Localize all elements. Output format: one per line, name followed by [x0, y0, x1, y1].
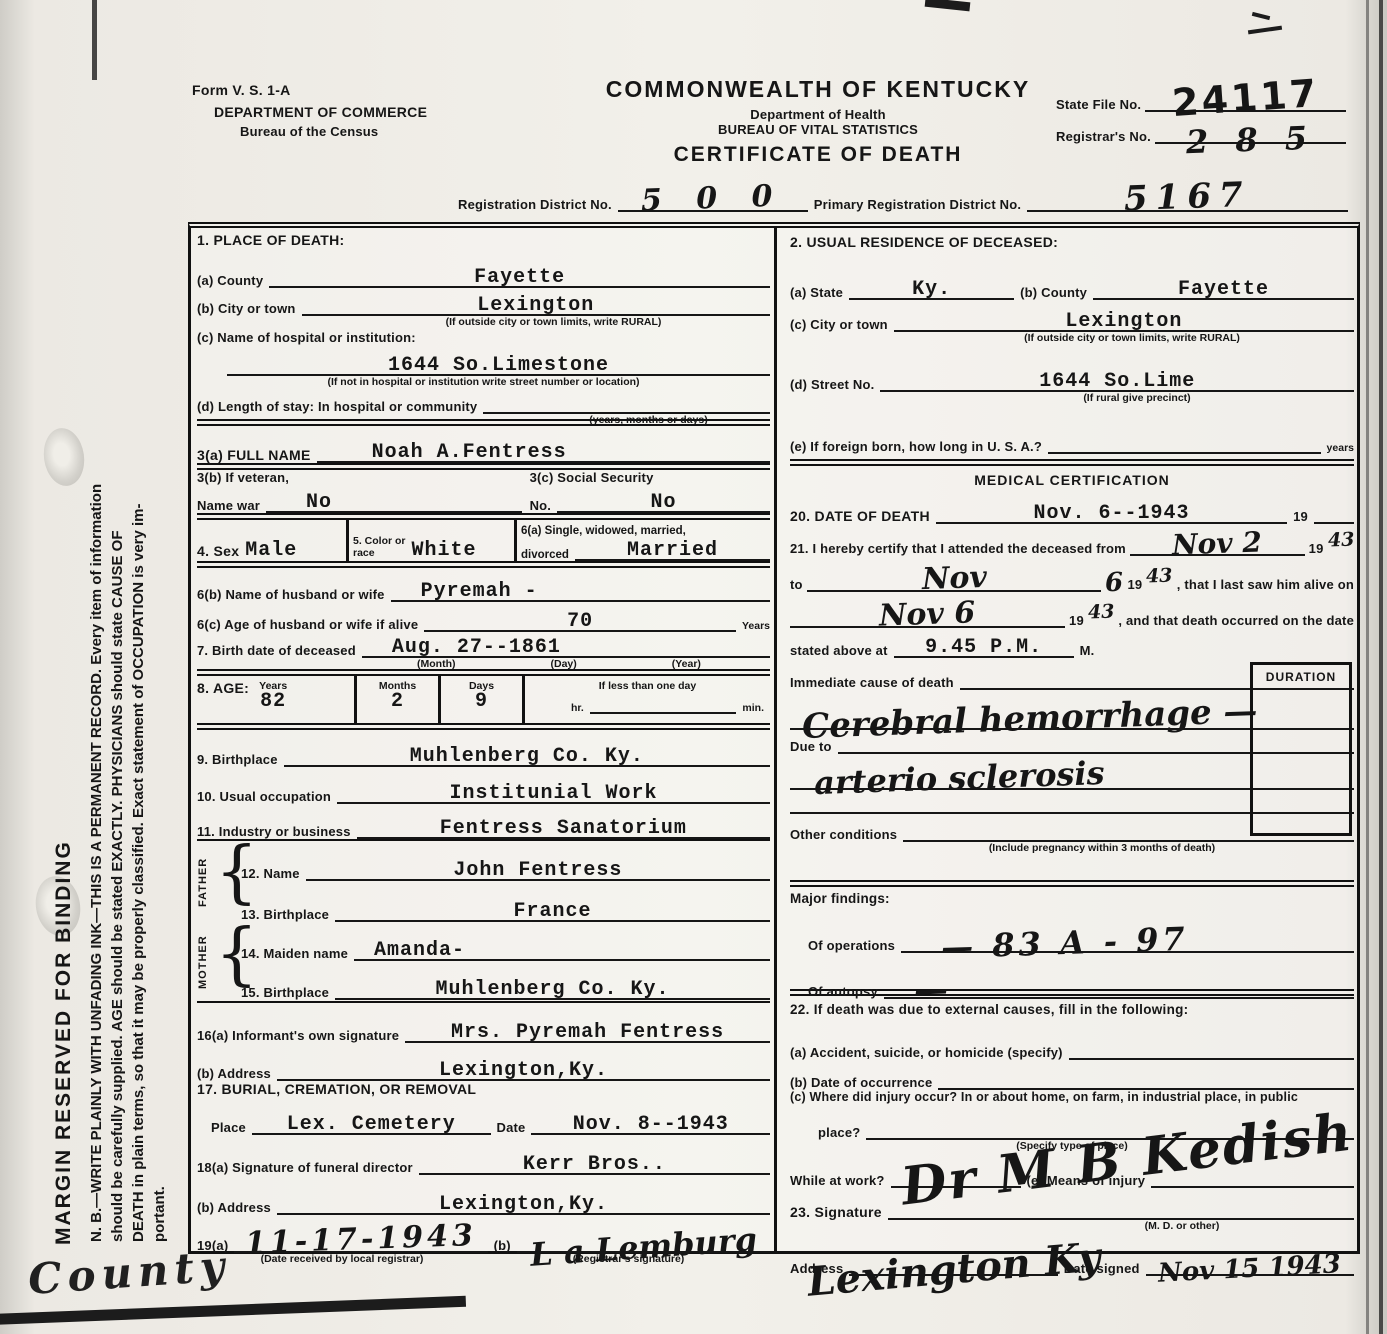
duration-box: DURATION [1250, 662, 1352, 836]
s8-hr-label: hr. [571, 702, 584, 714]
s7-value: Aug. 27--1861 [392, 638, 561, 658]
s8-label: 8. AGE: [197, 680, 249, 696]
s16b-label: (b) Address [197, 1066, 271, 1081]
s21-to-value: Nov [921, 563, 987, 595]
s4-value: Male [245, 541, 297, 561]
primary-district-value: 5167 [1124, 178, 1252, 216]
scan-mark-top-right-2 [1252, 12, 1270, 20]
scan-edge-right-1 [1379, 0, 1383, 1334]
section-3b-3c: 3(b) If veteran, Name war No 3(c) Social… [197, 470, 770, 520]
s8-less-label: If less than one day [599, 680, 696, 692]
s7-sub-month: (Month) [417, 658, 455, 672]
s20-label: 20. DATE OF DEATH [790, 508, 930, 524]
scan-mark-top-right-1 [1248, 26, 1282, 35]
section-17-burial: 17. BURIAL, CREMATION, OR REMOVAL Place … [197, 1081, 770, 1137]
s6c-label: 6(c) Age of husband or wife if alive [197, 617, 418, 632]
s2b-value: Fayette [1178, 280, 1269, 300]
margin-note-line-1: N. B.—WRITE PLAINLY WITH UNFADING INK—TH… [88, 82, 105, 1242]
margin-note-line-2: should be carefully supplied. AGE should… [109, 82, 126, 1242]
s2b-label: (b) County [1020, 285, 1087, 300]
bureau-census: Bureau of the Census [240, 124, 427, 139]
s6a-value: Married [627, 541, 718, 561]
s21-stated-label: stated above at [790, 643, 888, 658]
medical-certification-title: MEDICAL CERTIFICATION [790, 466, 1354, 494]
s13-value: France [514, 902, 592, 922]
major-findings-block: Major findings: Of operations — 83 A - 9… [790, 880, 1354, 996]
s23-address-value: Lexington Ky [805, 1237, 1101, 1302]
s12-label: 12. Name [241, 866, 300, 881]
section-21-line1: 21. I hereby certify that I attended the… [790, 524, 1354, 556]
section-21-line3: Nov 6 1943 , and that death occurred on … [790, 592, 1354, 628]
s10-label: 10. Usual occupation [197, 789, 331, 804]
section-1-place-of-death: 1. PLACE OF DEATH: (a) County Fayette (b… [197, 228, 770, 426]
s3a-value: Noah A.Fentress [372, 443, 567, 463]
s2d-label: (d) Street No. [790, 377, 874, 392]
s3c-value: No [651, 493, 677, 513]
other-conditions-label: Other conditions [790, 827, 897, 842]
s3c-label2: No. [530, 498, 552, 513]
operations-value: — 83 A - 97 [941, 923, 1190, 964]
s16a-value: Mrs. Pyremah Fentress [451, 1023, 724, 1043]
s2c-label: (c) City or town [790, 317, 888, 332]
s1d-label: (d) Length of stay: In hospital or commu… [197, 399, 477, 414]
s5-label2: race [353, 547, 406, 559]
s3c-label1: 3(c) Social Security [530, 470, 770, 488]
s21-to-year-printed: 19 [1127, 577, 1142, 592]
section-21-line2: to Nov 6 1943 , that I last saw him aliv… [790, 556, 1354, 592]
form-number: Form V. S. 1-A [192, 82, 427, 98]
s7-sub-day: (Day) [550, 658, 576, 672]
s21-line2-text: , that I last saw him alive on [1177, 577, 1354, 592]
s6b-label: 6(b) Name of husband or wife [197, 587, 385, 602]
s21-from-year-printed: 19 [1309, 541, 1324, 556]
autopsy-value: — [913, 972, 948, 1007]
s21-alive-value: Nov 6 [879, 598, 976, 631]
s8-years-value: 82 [260, 692, 286, 712]
s7-sub-year: (Year) [672, 658, 701, 672]
commonwealth-title: COMMONWEALTH OF KENTUCKY [538, 76, 1098, 103]
s1b-label: (b) City or town [197, 301, 296, 316]
s1b-value: Lexington [477, 296, 594, 316]
s16a-label: 16(a) Informant's own signature [197, 1028, 399, 1043]
s21-alive-year-printed: 19 [1069, 613, 1084, 628]
dept-commerce: DEPARTMENT OF COMMERCE [214, 104, 427, 120]
s21-from-year-hw: 43 [1327, 531, 1354, 551]
section-4-5-6a: 4. Sex Male 5. Color or race White 6(a) … [197, 520, 770, 568]
section-6b-6c-7: 6(b) Name of husband or wife Pyremah - 6… [197, 568, 770, 676]
father-block: FATHER { 12. Name John Fentress 13. Birt… [197, 841, 770, 923]
section-18b: (b) Address Lexington,Ky. [197, 1175, 770, 1215]
s23-label: 23. Signature [790, 1204, 882, 1220]
s2c-value: Lexington [1065, 312, 1182, 332]
s19a-value: 11-17-1943 [245, 1221, 478, 1259]
registrar-no-value: 2 8 5 [1185, 122, 1315, 158]
section-2-residence: 2. USUAL RESIDENCE OF DECEASED: (a) Stat… [790, 228, 1354, 466]
s5-value: White [412, 541, 477, 561]
s17-title: 17. BURIAL, CREMATION, OR REMOVAL [197, 1081, 770, 1101]
right-column: 2. USUAL RESIDENCE OF DECEASED: (a) Stat… [780, 228, 1360, 1251]
s5-label1: 5. Color or [353, 535, 406, 547]
s2e-suffix: years [1327, 442, 1354, 454]
s18a-value: Kerr Bros.. [523, 1155, 666, 1175]
mother-side-label: MOTHER [197, 923, 215, 1001]
s6b-value: Pyremah - [421, 582, 538, 602]
s20-value: Nov. 6--1943 [1034, 504, 1190, 524]
s10-value: Institunial Work [450, 784, 658, 804]
s17-date-value: Nov. 8--1943 [573, 1115, 729, 1135]
s21-line1-text: 21. I hereby certify that I attended the… [790, 541, 1126, 556]
bureau-vital-statistics: BUREAU OF VITAL STATISTICS [538, 122, 1098, 137]
s7-label: 7. Birth date of deceased [197, 643, 356, 658]
s22b-label: (b) Date of occurrence [790, 1075, 932, 1090]
s3a-label: 3(a) FULL NAME [197, 447, 311, 463]
mother-brace: { [215, 921, 241, 1001]
s15-label: 15. Birthplace [241, 985, 329, 1000]
s1b-note: (If outside city or town limits, write R… [197, 316, 770, 330]
s18b-label: (b) Address [197, 1200, 271, 1215]
cause-label: Immediate cause of death [790, 675, 954, 690]
state-file-stamp: 24117 [1171, 71, 1321, 125]
other-conditions-note: (Include pregnancy within 3 months of de… [790, 842, 1354, 860]
registration-district-value: 5 0 0 [641, 182, 785, 217]
s3b-label2: Name war [197, 498, 260, 513]
s2-title: 2. USUAL RESIDENCE OF DECEASED: [790, 234, 1354, 262]
s21-to-year-hw: 43 [1146, 567, 1173, 587]
mother-block: MOTHER { 14. Maiden name Amanda- 15. Bir… [197, 923, 770, 1003]
s1a-label: (a) County [197, 273, 263, 288]
s21-alive-year-hw: 43 [1088, 603, 1115, 623]
margin-note-line-4: portant. [151, 1150, 168, 1242]
s1c-note: (If not in hospital or institution write… [197, 376, 770, 390]
registrar-no-label: Registrar's No. [1056, 129, 1151, 144]
scan-edge-right-2 [1366, 0, 1369, 1334]
s21-line3-text: , and that death occurred on the date [1118, 613, 1354, 628]
s19b-label: (b) [494, 1238, 511, 1253]
s20-suffix: 19 [1293, 509, 1308, 524]
s17-place-value: Lex. Cemetery [287, 1115, 456, 1135]
left-column: 1. PLACE OF DEATH: (a) County Fayette (b… [191, 228, 777, 1251]
primary-district-label: Primary Registration District No. [814, 197, 1021, 212]
operations-label: Of operations [808, 938, 895, 953]
s11-value: Fentress Sanatorium [440, 819, 687, 839]
s2a-label: (a) State [790, 285, 843, 300]
state-file-label: State File No. [1056, 97, 1141, 112]
section-10: 10. Usual occupation Institunial Work [197, 767, 770, 804]
s22-title: 22. If death was due to external causes,… [790, 1002, 1354, 1030]
father-brace: { [215, 839, 241, 923]
dept-health: Department of Health [538, 107, 1098, 122]
scanned-death-certificate: MARGIN RESERVED FOR BINDING N. B.—WRITE … [0, 0, 1387, 1334]
s1c-label: (c) Name of hospital or institution: [197, 330, 770, 350]
s1c-value: 1644 So.Limestone [388, 356, 609, 376]
s6c-value: 70 [567, 612, 593, 632]
scan-left-edge [92, 0, 97, 80]
s1-title: 1. PLACE OF DEATH: [197, 232, 770, 256]
section-9: 9. Birthplace Muhlenberg Co. Ky. [197, 730, 770, 767]
s8-min-label: min. [742, 702, 764, 714]
duration-label: DURATION [1266, 670, 1336, 684]
s21-from-value: Nov 2 [1172, 528, 1263, 559]
s9-value: Muhlenberg Co. Ky. [410, 747, 644, 767]
cause-of-death-block: Immediate cause of death Cerebral hemorr… [790, 664, 1354, 880]
s2d-note: (If rural give precinct) [790, 392, 1354, 410]
s18b-value: Lexington,Ky. [439, 1195, 608, 1215]
s14-label: 14. Maiden name [241, 946, 348, 961]
certificate-title: CERTIFICATE OF DEATH [538, 143, 1098, 167]
s21-stated-suffix: M. [1080, 643, 1095, 658]
s22c-line2: place? [818, 1125, 860, 1140]
s8-months-value: 2 [391, 692, 404, 712]
s6a-label2: divorced [521, 549, 569, 561]
section-16b: (b) Address Lexington,Ky. [197, 1043, 770, 1081]
section-11: 11. Industry or business Fentress Sanato… [197, 804, 770, 841]
section-8-age: 8. AGE: Years 82 Months 2 Days 9 If less… [197, 676, 770, 730]
s1a-value: Fayette [474, 268, 565, 288]
s2c-note: (If outside city or town limits, write R… [790, 332, 1354, 350]
s3b-value: No [306, 493, 332, 513]
s2d-value: 1644 So.Lime [1039, 372, 1195, 392]
margin-binding-text: MARGIN RESERVED FOR BINDING [52, 455, 76, 1245]
s21-stated-value: 9.45 P.M. [925, 638, 1042, 658]
section-16a: 16(a) Informant's own signature Mrs. Pyr… [197, 1003, 770, 1043]
certificate-header: Form V. S. 1-A DEPARTMENT OF COMMERCE Bu… [188, 72, 1360, 222]
s22a-label: (a) Accident, suicide, or homicide (spec… [790, 1045, 1063, 1060]
s2e-label: (e) If foreign born, how long in U. S. A… [790, 439, 1042, 454]
s6c-suffix: Years [742, 620, 770, 632]
section-20-date-of-death: 20. DATE OF DEATH Nov. 6--1943 19 [790, 494, 1354, 524]
s16b-value: Lexington,Ky. [439, 1061, 608, 1081]
s17-place-label: Place [211, 1120, 246, 1135]
s23-note: (M. D. or other) [790, 1220, 1354, 1236]
s6a-label1: 6(a) Single, widowed, married, [521, 525, 770, 537]
s19a-label: 19(a) [197, 1238, 228, 1253]
margin-note-line-3: DEATH in plain terms, so that it may be … [130, 82, 147, 1242]
s3b-label1: 3(b) If veteran, [197, 470, 522, 488]
findings-label: Major findings: [790, 891, 1354, 913]
section-21-line4: stated above at 9.45 P.M. M. [790, 628, 1354, 658]
s9-label: 9. Birthplace [197, 752, 278, 767]
s12-value: John Fentress [453, 861, 622, 881]
med-title-text: MEDICAL CERTIFICATION [974, 472, 1169, 488]
father-side-label: FATHER [197, 841, 215, 923]
scan-streak-top [925, 0, 971, 11]
due-to-value: arterio sclerosis [814, 757, 1106, 799]
s4-label: 4. Sex [197, 543, 239, 559]
s18a-label: 18(a) Signature of funeral director [197, 1160, 413, 1175]
s21-to-day: 6 [1105, 570, 1124, 597]
date-signed-value: Nov 15 1943 [1158, 1251, 1342, 1287]
s2a-value: Ky. [912, 280, 951, 300]
section-23-signature-block: Dr M B Kedish 23. Signature (M. D. or ot… [790, 1186, 1354, 1282]
s15-value: Muhlenberg Co. Ky. [436, 980, 670, 1000]
s8-days-value: 9 [475, 692, 488, 712]
section-19-registrar: 19(a) 11-17-1943 (b) L a Lemburg (Date r… [197, 1215, 770, 1271]
s17-date-label: Date [497, 1120, 526, 1135]
s21-to-label: to [790, 577, 803, 592]
s14-value: Amanda- [374, 941, 465, 961]
registration-district-label: Registration District No. [458, 197, 612, 212]
section-18a: 18(a) Signature of funeral director Kerr… [197, 1137, 770, 1175]
certificate-body: 1. PLACE OF DEATH: (a) County Fayette (b… [188, 222, 1360, 1254]
section-3a-full-name: 3(a) FULL NAME Noah A.Fentress [197, 426, 770, 470]
